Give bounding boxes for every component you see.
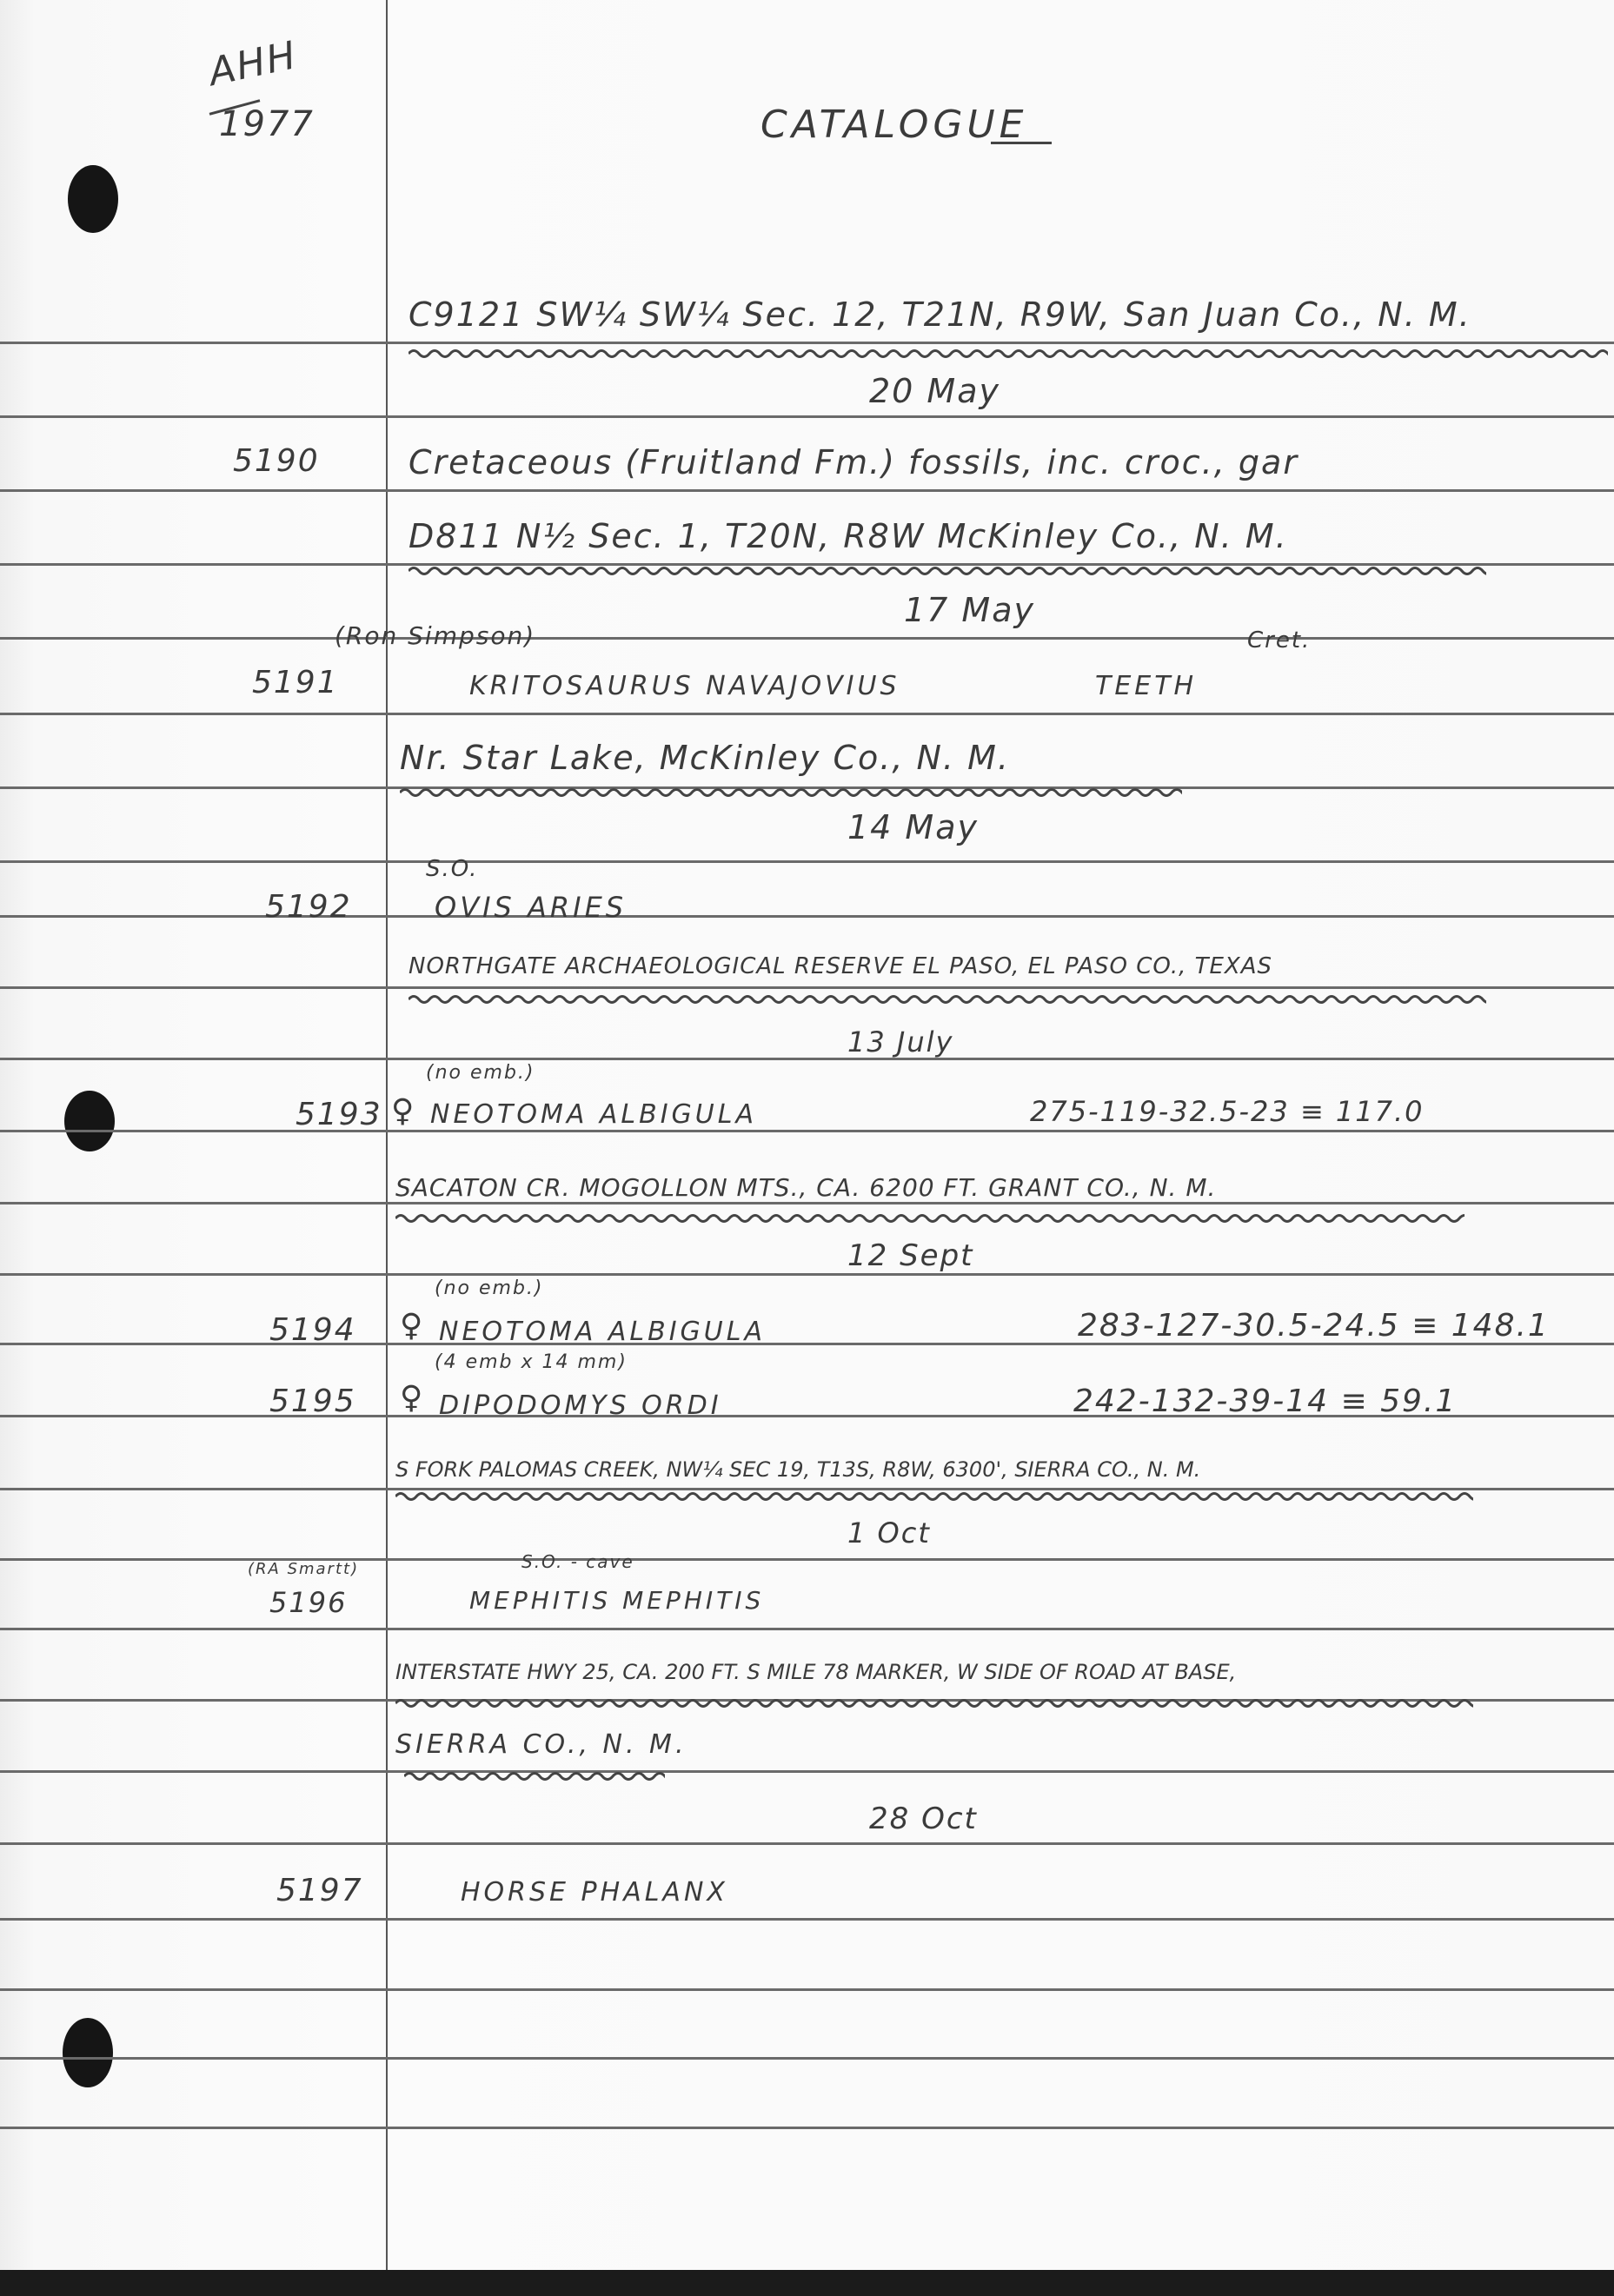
- punch-hole-bottom: [63, 2018, 113, 2087]
- female-symbol-icon: ♀: [400, 1308, 424, 1344]
- page-title: Catalogue: [761, 103, 1027, 147]
- locality-underline: [408, 993, 1486, 1005]
- locality-underline: [408, 565, 1486, 577]
- female-symbol-icon: ♀: [391, 1093, 415, 1129]
- ruled-line: [0, 1273, 1614, 1276]
- catalogue-number: 5195: [269, 1384, 356, 1419]
- ruled-line: [0, 2057, 1614, 2060]
- ruled-line: [0, 1988, 1614, 1991]
- catalogue-number: 5196: [269, 1586, 347, 1619]
- embryo-note: (4 emb x 14 mm): [435, 1351, 628, 1373]
- ruled-line: [0, 1558, 1614, 1561]
- locality-text: S Fork Palomas Creek, NW¼ Sec 19, T13S, …: [395, 1457, 1200, 1482]
- catalogue-number: 5191: [252, 665, 339, 700]
- locality-text: C9121 SW¼ SW¼ Sec. 12, T21N, R9W, San Ju…: [408, 295, 1471, 334]
- locality-text: Sacaton Cr. Mogollon Mts., ca. 6200 ft. …: [395, 1173, 1216, 1202]
- measurements: 283-127-30.5-24.5 ≡ 148.1: [1078, 1308, 1550, 1344]
- ruled-line: [0, 1130, 1614, 1132]
- ruled-line: [0, 637, 1614, 640]
- specimen-name: Ovis aries: [435, 891, 627, 924]
- locality-text: Nr. Star Lake, McKinley Co., N. M.: [400, 739, 1010, 777]
- locality-underline: [404, 1770, 665, 1782]
- ruled-line: [0, 2127, 1614, 2129]
- notebook-page: AHH 1977 Catalogue C9121 SW¼ SW¼ Sec. 12…: [0, 0, 1614, 2270]
- ruled-line: [0, 489, 1614, 492]
- margin-line: [386, 0, 388, 2270]
- locality-underline: [400, 786, 1182, 799]
- ruled-line: [0, 1628, 1614, 1630]
- ruled-line: [0, 1770, 1614, 1773]
- catalogue-number: 5194: [269, 1312, 356, 1348]
- embryo-note: (no emb.): [435, 1277, 544, 1299]
- period-note: Cret.: [1247, 627, 1311, 654]
- locality-text: Interstate Hwy 25, ca. 200 ft. S mile 78…: [395, 1660, 1236, 1684]
- specimen-name: Neotoma albigula: [439, 1317, 766, 1347]
- locality-text-continued: Sierra Co., N. M.: [395, 1729, 687, 1760]
- catalogue-number: 5192: [265, 889, 352, 925]
- collector-note: (RA Smartt): [248, 1560, 359, 1578]
- year: 1977: [219, 104, 315, 144]
- specimen-name: Horse phalanx: [461, 1877, 728, 1908]
- ruled-line: [0, 986, 1614, 989]
- specimen-name: Mephitis mephitis: [469, 1586, 764, 1615]
- scan-bottom-edge: [0, 2270, 1614, 2296]
- punch-hole-top: [68, 165, 118, 233]
- ruled-line: [0, 415, 1614, 418]
- title-underline: [991, 142, 1052, 144]
- female-symbol-icon: ♀: [400, 1380, 424, 1416]
- locality-underline: [408, 348, 1608, 360]
- ruled-line: [0, 1918, 1614, 1921]
- specimen-name: Cretaceous (Fruitland Fm.) fossils, inc.…: [408, 443, 1299, 481]
- specimen-name: Neotoma albigula: [430, 1099, 757, 1130]
- locality-text: D811 N½ Sec. 1, T20N, R8W McKinley Co., …: [408, 517, 1288, 555]
- specimen-name: Kritosaurus navajovius: [469, 671, 900, 701]
- specimen-note: S.O. - cave: [521, 1551, 634, 1572]
- ruled-line: [0, 342, 1614, 344]
- punch-hole-middle: [64, 1091, 115, 1151]
- collection-date: 1 Oct: [847, 1516, 931, 1549]
- measurements: 275-119-32.5-23 ≡ 117.0: [1030, 1095, 1425, 1128]
- ruled-line: [0, 860, 1614, 863]
- catalogue-number: 5197: [276, 1873, 363, 1908]
- measurements: 242-132-39-14 ≡ 59.1: [1073, 1384, 1457, 1419]
- specimen-part: teeth: [1095, 671, 1197, 701]
- locality-underline: [395, 1697, 1473, 1709]
- initials: AHH: [205, 33, 302, 95]
- specimen-note: S.O.: [426, 856, 478, 882]
- catalogue-number: 5193: [296, 1097, 382, 1132]
- ruled-line: [0, 915, 1614, 918]
- collector-note: (Ron Simpson): [335, 621, 535, 650]
- collection-date: 13 July: [847, 1025, 953, 1058]
- collection-date: 17 May: [904, 591, 1035, 629]
- collection-date: 20 May: [869, 372, 1000, 410]
- locality-underline: [395, 1490, 1473, 1503]
- collection-date: 12 Sept: [847, 1238, 973, 1273]
- specimen-name: Dipodomys ordi: [439, 1390, 722, 1421]
- collection-date: 14 May: [847, 808, 979, 846]
- ruled-line: [0, 1058, 1614, 1060]
- locality-text: Northgate Archaeological Reserve El Paso…: [408, 953, 1272, 979]
- locality-underline: [395, 1212, 1465, 1224]
- embryo-note: (no emb.): [426, 1062, 535, 1084]
- collection-date: 28 Oct: [869, 1802, 978, 1836]
- ruled-line: [0, 713, 1614, 715]
- catalogue-number: 5190: [233, 443, 320, 479]
- ruled-line: [0, 1842, 1614, 1845]
- ruled-line: [0, 1202, 1614, 1204]
